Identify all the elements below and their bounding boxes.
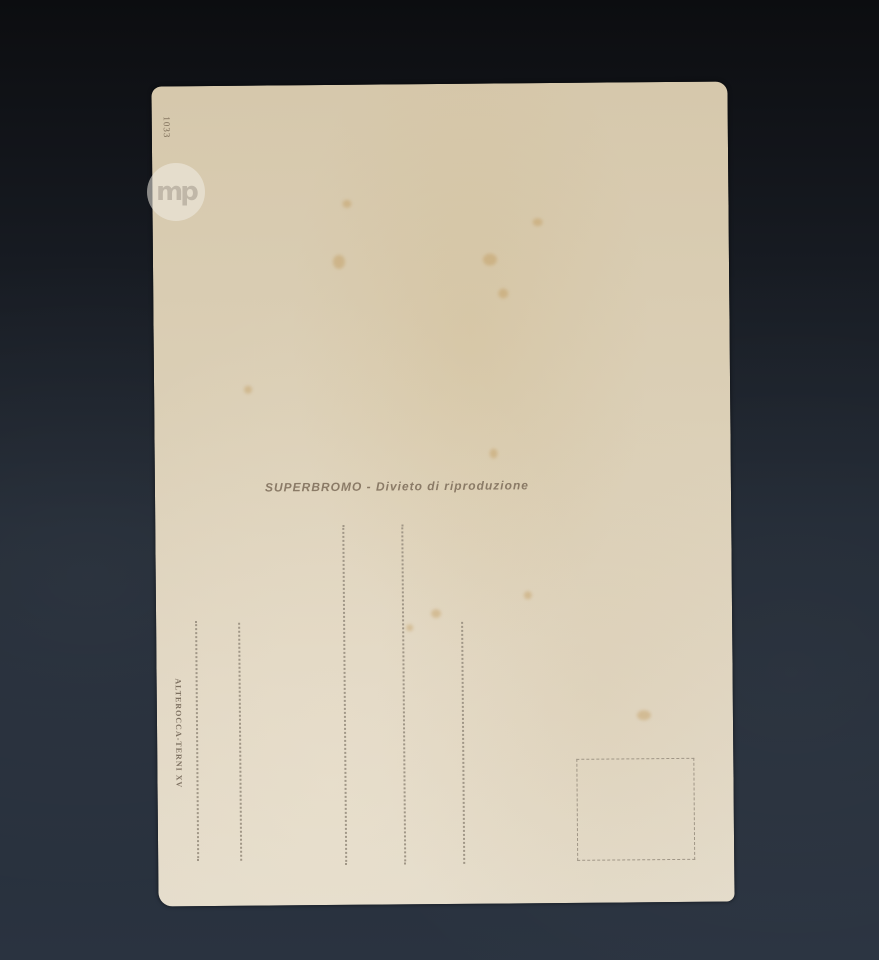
- center-divider-line: [342, 525, 347, 865]
- printer-imprint: ALTEROCCA-TERNI XV: [174, 678, 184, 788]
- serial-number: 1033: [162, 116, 172, 138]
- stain: [637, 710, 651, 720]
- stain: [244, 386, 252, 394]
- stain: [406, 624, 413, 631]
- address-divider-line: [238, 623, 242, 861]
- stain: [342, 200, 351, 208]
- stain: [498, 288, 508, 298]
- stain: [431, 609, 441, 618]
- stain: [533, 218, 543, 226]
- stain: [524, 591, 532, 599]
- stain: [483, 254, 497, 266]
- watermark-text: mp: [156, 177, 196, 207]
- postcard-caption: SUPERBROMO - Divieto di riproduzione: [265, 478, 529, 494]
- center-divider-line: [401, 524, 406, 864]
- postcard-back: 1033 SUPERBROMO - Divieto di riproduzion…: [151, 82, 734, 907]
- stain: [490, 449, 498, 459]
- stain: [333, 255, 345, 269]
- mp-logo-icon: mp: [147, 163, 205, 221]
- address-divider-line: [195, 621, 199, 861]
- stamp-box: [576, 758, 695, 861]
- address-divider-line: [461, 622, 465, 864]
